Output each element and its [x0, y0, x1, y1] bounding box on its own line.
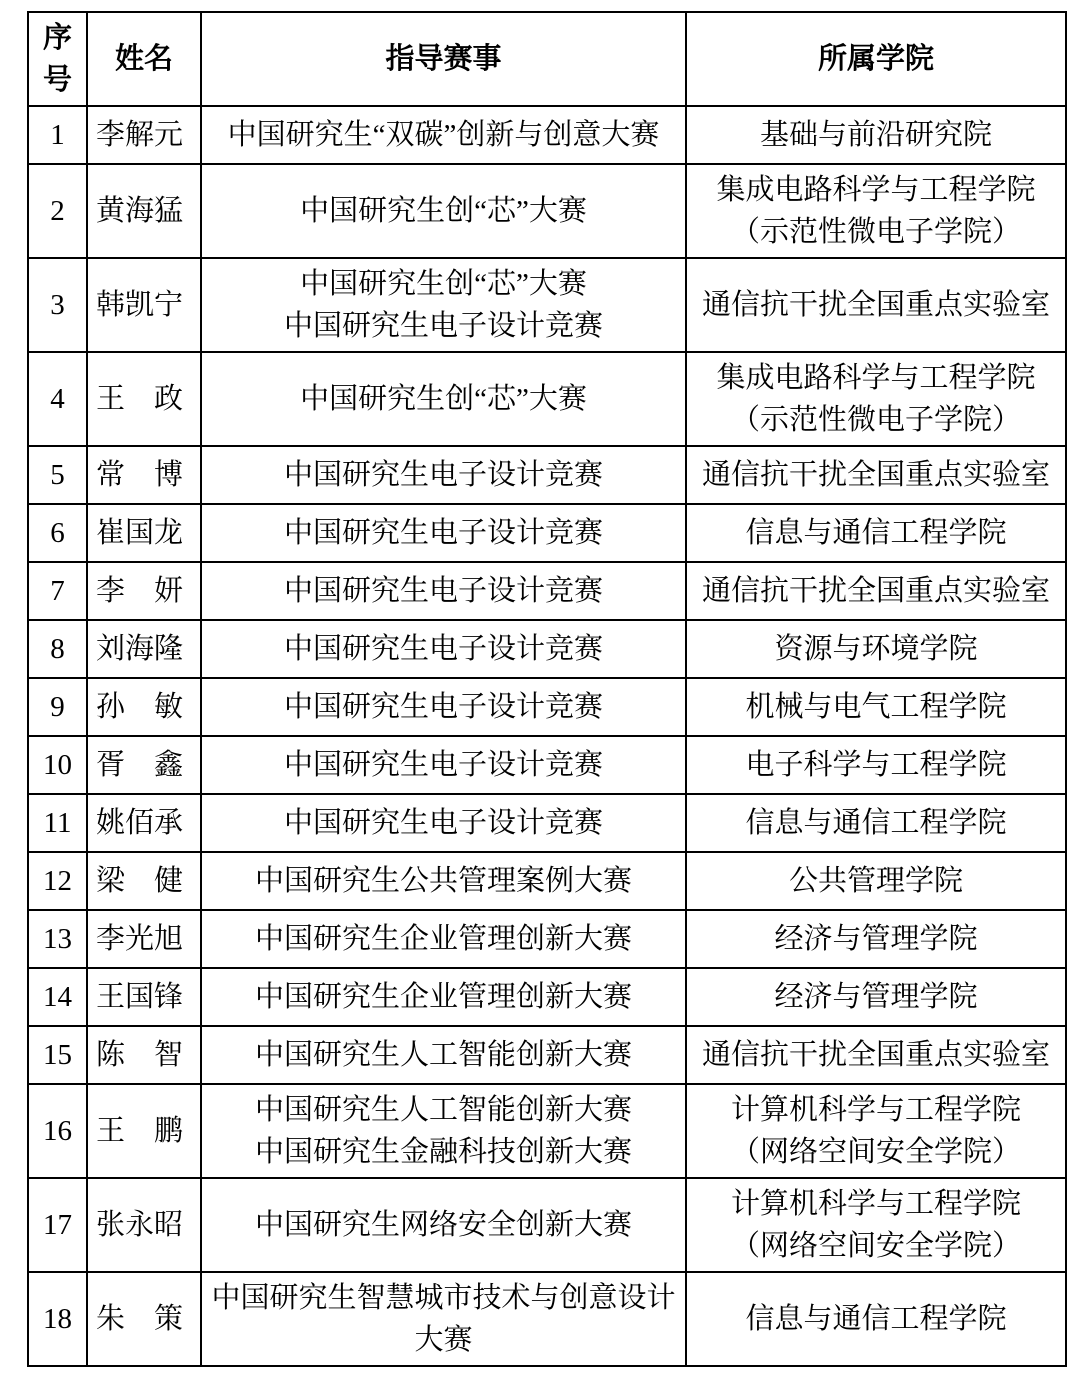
cell-line: 梁 健 — [96, 860, 194, 902]
row-number-cell: 18 — [28, 1272, 87, 1366]
row-number-cell: 5 — [28, 446, 87, 504]
name-cell: 韩凯宁 — [87, 258, 201, 352]
cell-line: 李 妍 — [96, 570, 194, 612]
cell-line: 孙 敏 — [96, 686, 194, 728]
table-header-row: 序号 姓名 指导赛事 所属学院 — [28, 12, 1066, 106]
table-row: 4王 政中国研究生创“芯”大赛集成电路科学与工程学院（示范性微电子学院） — [28, 352, 1066, 446]
header-name: 姓名 — [87, 12, 201, 106]
events-cell: 中国研究生网络安全创新大赛 — [201, 1178, 686, 1272]
cell-line: 通信抗干扰全国重点实验室 — [693, 570, 1059, 612]
cell-line: 7 — [35, 570, 80, 612]
row-number-cell: 8 — [28, 620, 87, 678]
cell-line: 通信抗干扰全国重点实验室 — [693, 284, 1059, 326]
table-row: 7李 妍中国研究生电子设计竞赛通信抗干扰全国重点实验室 — [28, 562, 1066, 620]
events-cell: 中国研究生“双碳”创新与创意大赛 — [201, 106, 686, 164]
name-cell: 陈 智 — [87, 1026, 201, 1084]
cell-line: 公共管理学院 — [693, 860, 1059, 902]
row-number-cell: 14 — [28, 968, 87, 1026]
events-cell: 中国研究生电子设计竞赛 — [201, 446, 686, 504]
events-cell: 中国研究生创“芯”大赛中国研究生电子设计竞赛 — [201, 258, 686, 352]
row-number-cell: 2 — [28, 164, 87, 258]
cell-line: 15 — [35, 1034, 80, 1076]
cell-line: 中国研究生电子设计竞赛 — [208, 802, 679, 844]
events-cell: 中国研究生企业管理创新大赛 — [201, 968, 686, 1026]
cell-line: 10 — [35, 744, 80, 786]
cell-line: 中国研究生创“芯”大赛 — [208, 263, 679, 305]
table-row: 12梁 健中国研究生公共管理案例大赛公共管理学院 — [28, 852, 1066, 910]
cell-line: 经济与管理学院 — [693, 918, 1059, 960]
cell-line: 1 — [35, 114, 80, 156]
cell-line: 8 — [35, 628, 80, 670]
college-cell: 集成电路科学与工程学院（示范性微电子学院） — [686, 352, 1066, 446]
events-cell: 中国研究生电子设计竞赛 — [201, 562, 686, 620]
name-cell: 李解元 — [87, 106, 201, 164]
cell-line: 集成电路科学与工程学院 — [693, 169, 1059, 211]
college-cell: 机械与电气工程学院 — [686, 678, 1066, 736]
cell-line: 陈 智 — [96, 1034, 194, 1076]
college-cell: 集成电路科学与工程学院（示范性微电子学院） — [686, 164, 1066, 258]
name-cell: 李 妍 — [87, 562, 201, 620]
cell-line: 韩凯宁 — [96, 284, 194, 326]
table-row: 5常 博中国研究生电子设计竞赛通信抗干扰全国重点实验室 — [28, 446, 1066, 504]
college-cell: 信息与通信工程学院 — [686, 504, 1066, 562]
cell-line: 朱 策 — [96, 1298, 194, 1340]
cell-line: 中国研究生电子设计竞赛 — [208, 454, 679, 496]
cell-line: 中国研究生电子设计竞赛 — [208, 744, 679, 786]
cell-line: 资源与环境学院 — [693, 628, 1059, 670]
cell-line: 张永昭 — [96, 1204, 194, 1246]
cell-line: 中国研究生创“芯”大赛 — [208, 190, 679, 232]
cell-line: 基础与前沿研究院 — [693, 114, 1059, 156]
name-cell: 刘海隆 — [87, 620, 201, 678]
events-cell: 中国研究生电子设计竞赛 — [201, 794, 686, 852]
row-number-cell: 17 — [28, 1178, 87, 1272]
college-cell: 通信抗干扰全国重点实验室 — [686, 562, 1066, 620]
row-number-cell: 15 — [28, 1026, 87, 1084]
college-cell: 计算机科学与工程学院（网络空间安全学院） — [686, 1084, 1066, 1178]
college-cell: 信息与通信工程学院 — [686, 794, 1066, 852]
table-row: 2黄海猛中国研究生创“芯”大赛集成电路科学与工程学院（示范性微电子学院） — [28, 164, 1066, 258]
cell-line: 中国研究生企业管理创新大赛 — [208, 976, 679, 1018]
table-row: 6崔国龙中国研究生电子设计竞赛信息与通信工程学院 — [28, 504, 1066, 562]
header-affiliated-college: 所属学院 — [686, 12, 1066, 106]
cell-line: 中国研究生人工智能创新大赛 — [208, 1089, 679, 1131]
cell-line: 信息与通信工程学院 — [693, 1298, 1059, 1340]
name-cell: 朱 策 — [87, 1272, 201, 1366]
cell-line: 经济与管理学院 — [693, 976, 1059, 1018]
row-number-cell: 9 — [28, 678, 87, 736]
row-number-cell: 16 — [28, 1084, 87, 1178]
cell-line: 16 — [35, 1110, 80, 1152]
cell-line: 通信抗干扰全国重点实验室 — [693, 454, 1059, 496]
cell-line: 王 政 — [96, 378, 194, 420]
name-cell: 黄海猛 — [87, 164, 201, 258]
row-number-cell: 11 — [28, 794, 87, 852]
events-cell: 中国研究生企业管理创新大赛 — [201, 910, 686, 968]
cell-line: 4 — [35, 378, 80, 420]
name-cell: 张永昭 — [87, 1178, 201, 1272]
cell-line: 中国研究生人工智能创新大赛 — [208, 1034, 679, 1076]
cell-line: 黄海猛 — [96, 190, 194, 232]
cell-line: 中国研究生电子设计竞赛 — [208, 628, 679, 670]
cell-line: （示范性微电子学院） — [693, 399, 1059, 441]
events-cell: 中国研究生创“芯”大赛 — [201, 164, 686, 258]
events-cell: 中国研究生智慧城市技术与创意设计大赛 — [201, 1272, 686, 1366]
events-cell: 中国研究生电子设计竞赛 — [201, 678, 686, 736]
cell-line: 机械与电气工程学院 — [693, 686, 1059, 728]
cell-line: 中国研究生创“芯”大赛 — [208, 378, 679, 420]
college-cell: 经济与管理学院 — [686, 910, 1066, 968]
cell-line: （网络空间安全学院） — [693, 1131, 1059, 1173]
name-cell: 王国锋 — [87, 968, 201, 1026]
table-row: 15陈 智中国研究生人工智能创新大赛通信抗干扰全国重点实验室 — [28, 1026, 1066, 1084]
cell-line: 刘海隆 — [96, 628, 194, 670]
cell-line: 中国研究生电子设计竞赛 — [208, 686, 679, 728]
cell-line: 中国研究生金融科技创新大赛 — [208, 1131, 679, 1173]
cell-line: 计算机科学与工程学院 — [693, 1089, 1059, 1131]
cell-line: 中国研究生电子设计竞赛 — [208, 305, 679, 347]
college-cell: 资源与环境学院 — [686, 620, 1066, 678]
cell-line: 中国研究生企业管理创新大赛 — [208, 918, 679, 960]
events-cell: 中国研究生人工智能创新大赛中国研究生金融科技创新大赛 — [201, 1084, 686, 1178]
advisors-table: 序号 姓名 指导赛事 所属学院 1李解元中国研究生“双碳”创新与创意大赛基础与前… — [27, 11, 1067, 1367]
cell-line: 中国研究生公共管理案例大赛 — [208, 860, 679, 902]
row-number-cell: 4 — [28, 352, 87, 446]
cell-line: 王国锋 — [96, 976, 194, 1018]
cell-line: 通信抗干扰全国重点实验室 — [693, 1034, 1059, 1076]
table-row: 11姚佰承中国研究生电子设计竞赛信息与通信工程学院 — [28, 794, 1066, 852]
name-cell: 常 博 — [87, 446, 201, 504]
row-number-cell: 3 — [28, 258, 87, 352]
cell-line: 中国研究生电子设计竞赛 — [208, 512, 679, 554]
cell-line: 18 — [35, 1298, 80, 1340]
cell-line: 李解元 — [96, 114, 194, 156]
table-row: 17张永昭中国研究生网络安全创新大赛计算机科学与工程学院（网络空间安全学院） — [28, 1178, 1066, 1272]
cell-line: 17 — [35, 1204, 80, 1246]
table-row: 14王国锋中国研究生企业管理创新大赛经济与管理学院 — [28, 968, 1066, 1026]
table-row: 1李解元中国研究生“双碳”创新与创意大赛基础与前沿研究院 — [28, 106, 1066, 164]
college-cell: 信息与通信工程学院 — [686, 1272, 1066, 1366]
cell-line: （网络空间安全学院） — [693, 1225, 1059, 1267]
college-cell: 通信抗干扰全国重点实验室 — [686, 1026, 1066, 1084]
name-cell: 王 鹏 — [87, 1084, 201, 1178]
table-row: 13李光旭中国研究生企业管理创新大赛经济与管理学院 — [28, 910, 1066, 968]
row-number-cell: 13 — [28, 910, 87, 968]
table-body: 1李解元中国研究生“双碳”创新与创意大赛基础与前沿研究院2黄海猛中国研究生创“芯… — [28, 106, 1066, 1366]
cell-line: 6 — [35, 512, 80, 554]
cell-line: 崔国龙 — [96, 512, 194, 554]
college-cell: 经济与管理学院 — [686, 968, 1066, 1026]
college-cell: 公共管理学院 — [686, 852, 1066, 910]
row-number-cell: 7 — [28, 562, 87, 620]
events-cell: 中国研究生电子设计竞赛 — [201, 504, 686, 562]
name-cell: 梁 健 — [87, 852, 201, 910]
name-cell: 姚佰承 — [87, 794, 201, 852]
college-cell: 计算机科学与工程学院（网络空间安全学院） — [686, 1178, 1066, 1272]
table-row: 9孙 敏中国研究生电子设计竞赛机械与电气工程学院 — [28, 678, 1066, 736]
events-cell: 中国研究生电子设计竞赛 — [201, 736, 686, 794]
table-row: 3韩凯宁中国研究生创“芯”大赛中国研究生电子设计竞赛通信抗干扰全国重点实验室 — [28, 258, 1066, 352]
cell-line: 5 — [35, 454, 80, 496]
events-cell: 中国研究生电子设计竞赛 — [201, 620, 686, 678]
cell-line: 3 — [35, 284, 80, 326]
cell-line: 胥 鑫 — [96, 744, 194, 786]
cell-line: （示范性微电子学院） — [693, 211, 1059, 253]
header-guided-competition: 指导赛事 — [201, 12, 686, 106]
cell-line: 中国研究生智慧城市技术与创意设计大赛 — [208, 1277, 679, 1361]
cell-line: 11 — [35, 802, 80, 844]
college-cell: 通信抗干扰全国重点实验室 — [686, 258, 1066, 352]
cell-line: 信息与通信工程学院 — [693, 802, 1059, 844]
cell-line: 李光旭 — [96, 918, 194, 960]
cell-line: 电子科学与工程学院 — [693, 744, 1059, 786]
name-cell: 孙 敏 — [87, 678, 201, 736]
cell-line: 2 — [35, 190, 80, 232]
cell-line: 中国研究生电子设计竞赛 — [208, 570, 679, 612]
college-cell: 基础与前沿研究院 — [686, 106, 1066, 164]
cell-line: 13 — [35, 918, 80, 960]
cell-line: 王 鹏 — [96, 1110, 194, 1152]
cell-line: 信息与通信工程学院 — [693, 512, 1059, 554]
table-row: 18朱 策中国研究生智慧城市技术与创意设计大赛信息与通信工程学院 — [28, 1272, 1066, 1366]
cell-line: 中国研究生网络安全创新大赛 — [208, 1204, 679, 1246]
name-cell: 李光旭 — [87, 910, 201, 968]
name-cell: 胥 鑫 — [87, 736, 201, 794]
row-number-cell: 1 — [28, 106, 87, 164]
name-cell: 崔国龙 — [87, 504, 201, 562]
table-row: 16王 鹏中国研究生人工智能创新大赛中国研究生金融科技创新大赛计算机科学与工程学… — [28, 1084, 1066, 1178]
college-cell: 通信抗干扰全国重点实验室 — [686, 446, 1066, 504]
row-number-cell: 10 — [28, 736, 87, 794]
cell-line: 14 — [35, 976, 80, 1018]
events-cell: 中国研究生人工智能创新大赛 — [201, 1026, 686, 1084]
events-cell: 中国研究生创“芯”大赛 — [201, 352, 686, 446]
name-cell: 王 政 — [87, 352, 201, 446]
header-serial-number: 序号 — [28, 12, 87, 106]
cell-line: 12 — [35, 860, 80, 902]
cell-line: 中国研究生“双碳”创新与创意大赛 — [208, 114, 679, 156]
table-row: 8刘海隆中国研究生电子设计竞赛资源与环境学院 — [28, 620, 1066, 678]
row-number-cell: 6 — [28, 504, 87, 562]
cell-line: 集成电路科学与工程学院 — [693, 357, 1059, 399]
college-cell: 电子科学与工程学院 — [686, 736, 1066, 794]
events-cell: 中国研究生公共管理案例大赛 — [201, 852, 686, 910]
cell-line: 9 — [35, 686, 80, 728]
cell-line: 姚佰承 — [96, 802, 194, 844]
table-row: 10胥 鑫中国研究生电子设计竞赛电子科学与工程学院 — [28, 736, 1066, 794]
cell-line: 计算机科学与工程学院 — [693, 1183, 1059, 1225]
cell-line: 常 博 — [96, 454, 194, 496]
row-number-cell: 12 — [28, 852, 87, 910]
